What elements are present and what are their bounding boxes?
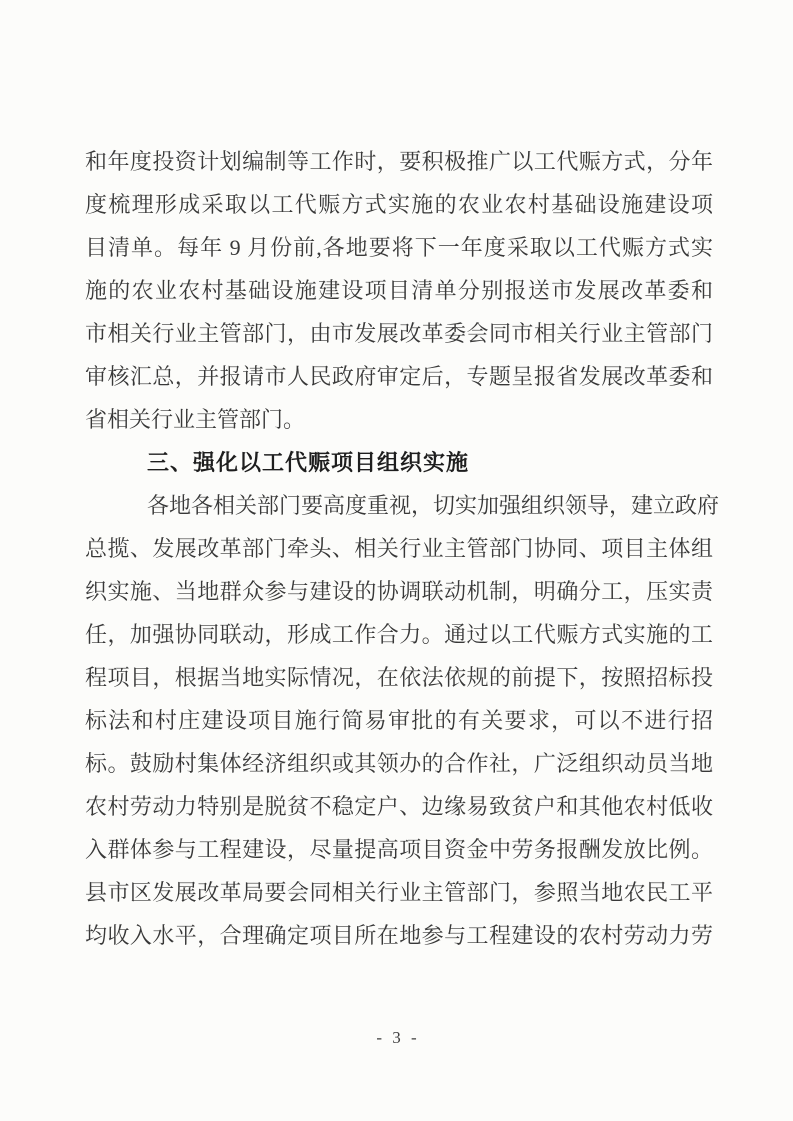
body-line: 施的农业农村基础设施建设项目清单分别报送市发展改革委和 xyxy=(85,269,713,312)
body-line: 市相关行业主管部门，由市发展改革委会同市相关行业主管部门 xyxy=(85,312,713,355)
body-line: 省相关行业主管部门。 xyxy=(85,398,713,441)
body-line: 和年度投资计划编制等工作时，要积极推广以工代赈方式，分年 xyxy=(85,140,713,183)
body-line: 度梳理形成采取以工代赈方式实施的农业农村基础设施建设项 xyxy=(85,183,713,226)
paragraph: 各地各相关部门要高度重视，切实加强组织领导，建立政府 总揽、发展改革部门牵头、相… xyxy=(85,484,713,957)
document-body: 和年度投资计划编制等工作时，要积极推广以工代赈方式，分年 度梳理形成采取以工代赈… xyxy=(85,140,713,957)
section-heading: 三、强化以工代赈项目组织实施 xyxy=(85,441,713,484)
body-line: 目清单。每年 9 月份前,各地要将下一年度采取以工代赈方式实 xyxy=(85,226,713,269)
paragraph: 和年度投资计划编制等工作时，要积极推广以工代赈方式，分年 度梳理形成采取以工代赈… xyxy=(85,140,713,441)
body-line: 县市区发展改革局要会同相关行业主管部门，参照当地农民工平 xyxy=(85,871,713,914)
body-line: 织实施、当地群众参与建设的协调联动机制，明确分工，压实责 xyxy=(85,570,713,613)
body-line: 入群体参与工程建设，尽量提高项目资金中劳务报酬发放比例。 xyxy=(85,828,713,871)
body-line: 农村劳动力特别是脱贫不稳定户、边缘易致贫户和其他农村低收 xyxy=(85,785,713,828)
document-page: 和年度投资计划编制等工作时，要积极推广以工代赈方式，分年 度梳理形成采取以工代赈… xyxy=(0,0,793,1121)
body-line: 审核汇总，并报请市人民政府审定后，专题呈报省发展改革委和 xyxy=(85,355,713,398)
body-line: 任，加强协同联动，形成工作合力。通过以工代赈方式实施的工 xyxy=(85,613,713,656)
body-line: 均收入水平，合理确定项目所在地参与工程建设的农村劳动力劳 xyxy=(85,914,713,957)
body-line: 标。鼓励村集体经济组织或其领办的合作社，广泛组织动员当地 xyxy=(85,742,713,785)
body-line: 总揽、发展改革部门牵头、相关行业主管部门协同、项目主体组 xyxy=(85,527,713,570)
page-number: - 3 - xyxy=(0,1026,793,1050)
body-line: 标法和村庄建设项目施行简易审批的有关要求，可以不进行招 xyxy=(85,699,713,742)
body-line: 程项目，根据当地实际情况，在依法依规的前提下，按照招标投 xyxy=(85,656,713,699)
body-line: 各地各相关部门要高度重视，切实加强组织领导，建立政府 xyxy=(85,484,713,527)
